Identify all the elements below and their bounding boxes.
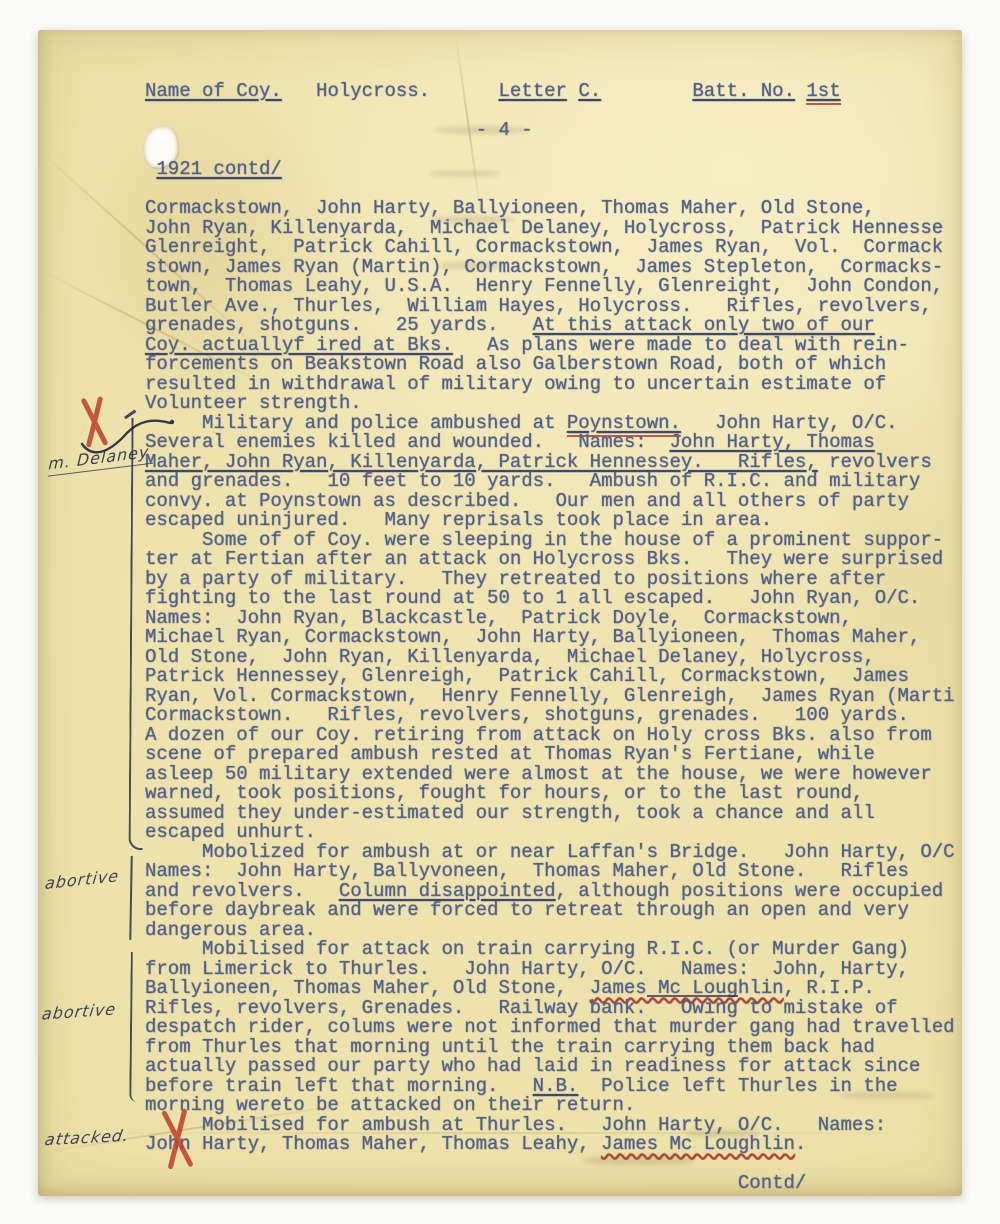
margin-note-abortive: abortive [44,866,120,893]
margin-note-attacked: attacked. [44,1126,131,1150]
typed-line: Name of Coy. Holycross. Letter C. Batt. … [145,82,962,102]
typed-text: Name of Coy. Holycross. Letter C. Batt. … [145,82,962,1194]
margin-bracket [129,856,144,940]
typed-line: John Harty, Thomas Maher, Thomas Leahy, … [145,1135,962,1155]
margin-bracket [129,952,145,1102]
red-x-mark [157,1108,195,1169]
typed-line: 1921 contd/ [145,160,962,180]
typed-line: - 4 - [145,121,962,141]
margin-note-abortive: abortive [41,999,118,1023]
typed-line: Contd/ [145,1174,962,1194]
margin-bracket [128,418,145,850]
document-page: Name of Coy. Holycross. Letter C. Batt. … [38,30,962,1196]
